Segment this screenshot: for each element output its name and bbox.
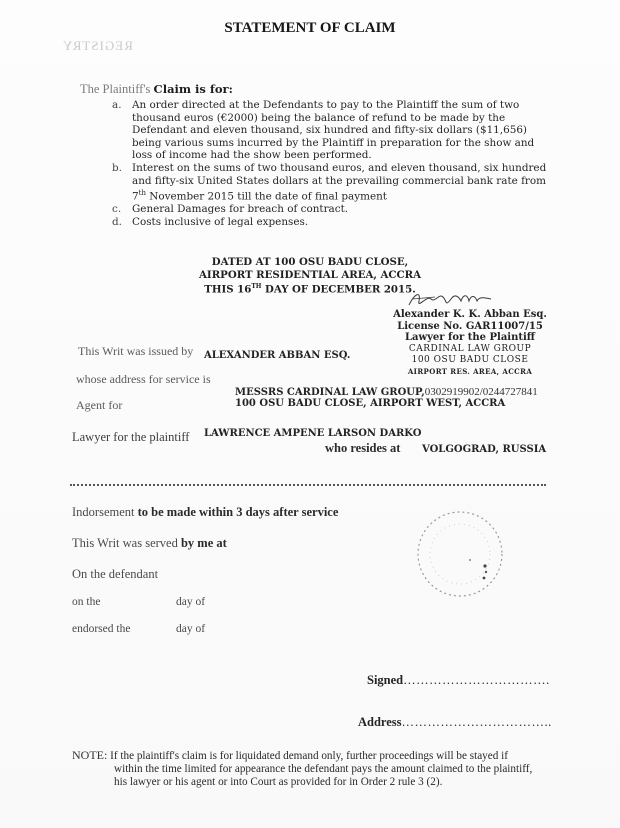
claim-intro: The Plaintiff's Claim is for: — [80, 82, 233, 97]
resides-value: VOLGOGRAD, RUSSIA — [422, 444, 546, 455]
claim-text: General Damages for breach of contract. — [132, 203, 348, 215]
claim-item: a. An order directed at the Defendants t… — [112, 99, 552, 162]
note-line-2: within the time limited for appearance t… — [72, 763, 592, 776]
signed-line: Signed……………………………. — [367, 673, 550, 688]
issued-by-label: This Writ was issued by — [78, 344, 193, 359]
note-block: NOTE: If the plaintiff's claim is for li… — [72, 749, 592, 790]
indorsement-prefix: Indorsement — [72, 505, 134, 519]
claim-item: b. Interest on the sums of two thousand … — [112, 162, 552, 203]
address-for-service-line-2: 100 OSU BADU CLOSE, AIRPORT WEST, ACCRA — [235, 398, 505, 409]
resides-label: who resides at — [325, 441, 400, 456]
claim-marker: d. — [112, 216, 122, 229]
indorsement-line: Indorsement to be made within 3 days aft… — [72, 505, 338, 520]
dated-line-3-sup: TH — [251, 283, 261, 290]
dated-line-3: THIS 16TH DAY OF DECEMBER 2015. — [0, 281, 620, 296]
claim-text-cont: November 2015 till the date of final pay… — [146, 191, 387, 203]
served-prefix: This Writ was served — [72, 536, 178, 550]
served-bold: by me at — [181, 536, 227, 550]
dated-line-2: AIRPORT RESIDENTIAL AREA, ACCRA — [0, 269, 620, 282]
note-line-3: his lawyer or his agent or into Court as… — [72, 776, 592, 789]
dated-line-3-a: THIS 16 — [204, 283, 251, 295]
lawyer-for-plaintiff-label: Lawyer for the plaintiff — [72, 430, 189, 445]
indorsement-bold: to be made within 3 days after service — [138, 505, 339, 519]
claims-list: a. An order directed at the Defendants t… — [112, 99, 552, 228]
dated-line-1: DATED AT 100 OSU BADU CLOSE, — [0, 256, 620, 269]
court-seal-stamp-icon — [400, 502, 510, 602]
signature-block: Alexander K. K. Abban Esq. License No. G… — [380, 309, 560, 377]
signatory-role: Lawyer for the Plaintiff — [380, 332, 560, 344]
claim-marker: b. — [112, 162, 122, 175]
claim-item: c. General Damages for breach of contrac… — [112, 203, 552, 216]
day-of-label-1: day of — [176, 596, 205, 608]
claim-text: Costs inclusive of legal expenses. — [132, 216, 308, 228]
license-number: License No. GAR11007/15 — [380, 321, 560, 333]
note-label: NOTE: — [72, 748, 107, 762]
firm-name: CARDINAL LAW GROUP — [380, 344, 560, 355]
address-line-1-text: MESSRS CARDINAL LAW GROUP, — [235, 387, 425, 398]
agent-for-label: Agent for — [76, 398, 122, 413]
address-label: Address — [358, 715, 402, 729]
firm-address-2: AIRPORT RES. AREA, ACCRA — [380, 366, 560, 378]
signed-label: Signed — [367, 673, 403, 687]
on-defendant-line: On the defendant — [72, 567, 158, 582]
address-for-service-line-1: MESSRS CARDINAL LAW GROUP,0302919902/024… — [235, 386, 538, 398]
address-for-service-label: whose address for service is — [76, 372, 211, 387]
on-the-label: on the — [72, 596, 100, 608]
plaintiff-name: LAWRENCE AMPENE LARSON DARKO — [204, 428, 421, 439]
document-page: REGISTRY STATEMENT OF CLAIM The Plaintif… — [0, 0, 620, 828]
signatory-name: Alexander K. K. Abban Esq. — [380, 309, 560, 321]
address-line: Address…………………………….. — [358, 715, 552, 730]
dated-block: DATED AT 100 OSU BADU CLOSE, AIRPORT RES… — [0, 256, 620, 296]
handwritten-signature-icon — [405, 289, 495, 311]
claim-text: An order directed at the Defendants to p… — [132, 99, 534, 161]
claim-text-sup: th — [139, 189, 146, 197]
firm-address-1: 100 OSU BADU CLOSE — [380, 355, 560, 366]
document-title: STATEMENT OF CLAIM — [0, 20, 620, 37]
resides-label-text: who resides at — [325, 441, 400, 455]
claim-intro-bold: Claim is for: — [154, 82, 233, 96]
firm-phone: 0302919902/0244727841 — [425, 386, 538, 398]
endorsed-the-label: endorsed the — [72, 623, 130, 635]
claim-item: d. Costs inclusive of legal expenses. — [112, 216, 552, 229]
issued-by-value: ALEXANDER ABBAN ESQ. — [204, 350, 350, 361]
claim-marker: a. — [112, 99, 122, 112]
separator-dotted-line — [70, 484, 546, 486]
note-line-1: If the plaintiff's claim is for liquidat… — [110, 750, 508, 762]
faded-registry-stamp: REGISTRY — [62, 38, 133, 54]
dated-line-3-b: DAY OF DECEMBER 2015. — [261, 283, 415, 295]
day-of-label-2: day of — [176, 623, 205, 635]
claim-intro-prefix: The Plaintiff's — [80, 82, 150, 96]
claim-marker: c. — [112, 203, 121, 216]
served-line: This Writ was served by me at — [72, 536, 227, 551]
